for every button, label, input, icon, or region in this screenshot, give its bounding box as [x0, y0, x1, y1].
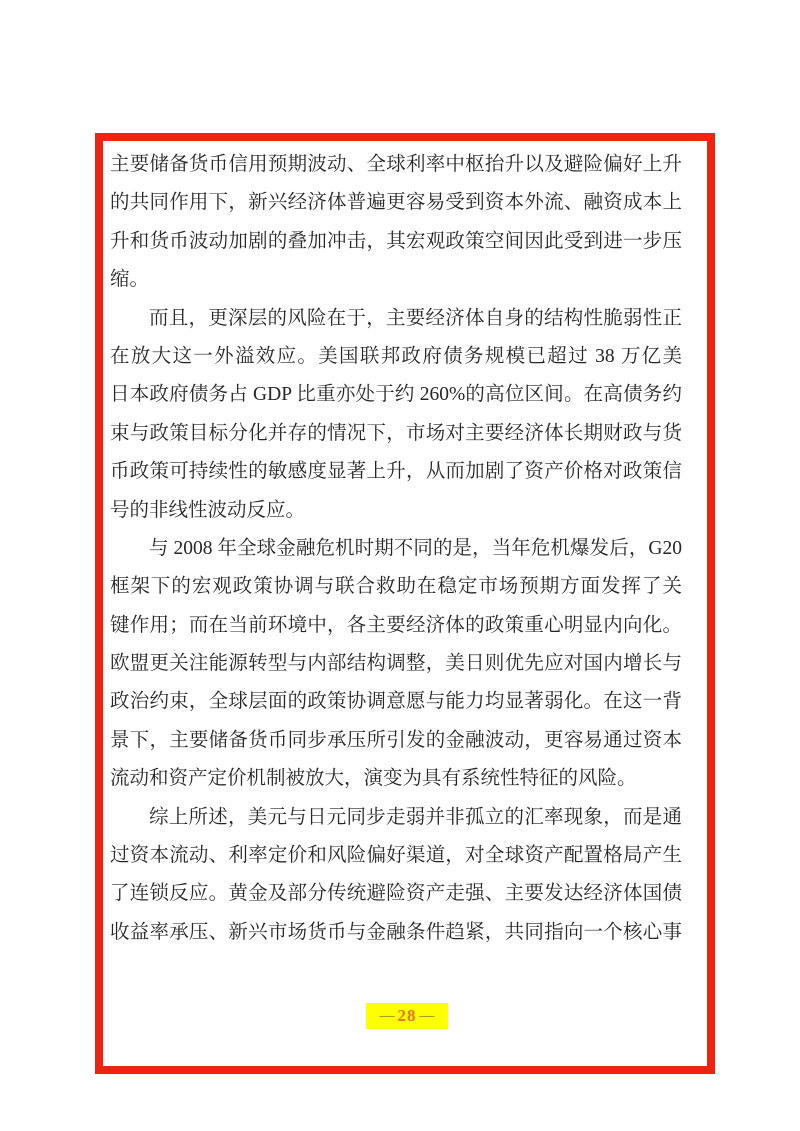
text-line: 了连锁反应。黄金及部分传统避险资产走强、主要发达经济体国债	[110, 875, 682, 913]
text-line: 与 2008 年全球金融危机时期不同的是，当年危机爆发后，G20	[110, 530, 682, 568]
paragraph: 而且，更深层的风险在于，主要经济体自身的结构性脆弱性正在放大这一外溢效应。美国联…	[110, 300, 682, 530]
page-number: 28	[398, 1003, 417, 1029]
text-line: 日本政府债务占 GDP 比重亦处于约 260%的高位区间。在高债务约	[110, 376, 682, 414]
text-line: 升和货币波动加剧的叠加冲击，其宏观政策空间因此受到进一步压	[110, 223, 682, 261]
text-line: 景下，主要储备货币同步承压所引发的金融波动，更容易通过资本	[110, 722, 682, 760]
page-number-dash-left: —	[380, 1003, 395, 1029]
body-text: 主要储备货币信用预期波动、全球利率中枢抬升以及避险偏好上升的共同作用下，新兴经济…	[110, 146, 682, 952]
page-number-dash-right: —	[420, 1003, 435, 1029]
page-number-highlight: — 28 —	[366, 1003, 448, 1029]
text-line: 过资本流动、利率定价和风险偏好渠道，对全球资产配置格局产生	[110, 837, 682, 875]
text-line: 欧盟更关注能源转型与内部结构调整，美日则优先应对国内增长与	[110, 645, 682, 683]
text-line: 主要储备货币信用预期波动、全球利率中枢抬升以及避险偏好上升	[110, 146, 682, 184]
paragraph: 与 2008 年全球金融危机时期不同的是，当年危机爆发后，G20框架下的宏观政策…	[110, 530, 682, 799]
text-line: 在放大这一外溢效应。美国联邦政府债务规模已超过 38 万亿美元，	[110, 338, 682, 376]
text-line: 框架下的宏观政策协调与联合救助在稳定市场预期方面发挥了关	[110, 568, 682, 606]
paragraph: 综上所述，美元与日元同步走弱并非孤立的汇率现象，而是通过资本流动、利率定价和风险…	[110, 799, 682, 953]
text-line: 流动和资产定价机制被放大，演变为具有系统性特征的风险。	[110, 760, 682, 798]
text-line: 束与政策目标分化并存的情况下，市场对主要经济体长期财政与货	[110, 415, 682, 453]
text-line: 的共同作用下，新兴经济体普遍更容易受到资本外流、融资成本上	[110, 184, 682, 222]
text-line: 收益率承压、新兴市场货币与金融条件趋紧，共同指向一个核心事	[110, 914, 682, 952]
text-line: 政治约束，全球层面的政策协调意愿与能力均显著弱化。在这一背	[110, 683, 682, 721]
text-line: 缩。	[110, 261, 682, 299]
text-line: 号的非线性波动反应。	[110, 492, 682, 530]
text-line: 综上所述，美元与日元同步走弱并非孤立的汇率现象，而是通	[110, 799, 682, 837]
text-line: 键作用；而在当前环境中，各主要经济体的政策重心明显内向化。	[110, 607, 682, 645]
text-line: 币政策可持续性的敏感度显著上升，从而加剧了资产价格对政策信	[110, 453, 682, 491]
paragraph: 主要储备货币信用预期波动、全球利率中枢抬升以及避险偏好上升的共同作用下，新兴经济…	[110, 146, 682, 300]
document-page: 主要储备货币信用预期波动、全球利率中枢抬升以及避险偏好上升的共同作用下，新兴经济…	[0, 0, 800, 1131]
text-line: 而且，更深层的风险在于，主要经济体自身的结构性脆弱性正	[110, 300, 682, 338]
